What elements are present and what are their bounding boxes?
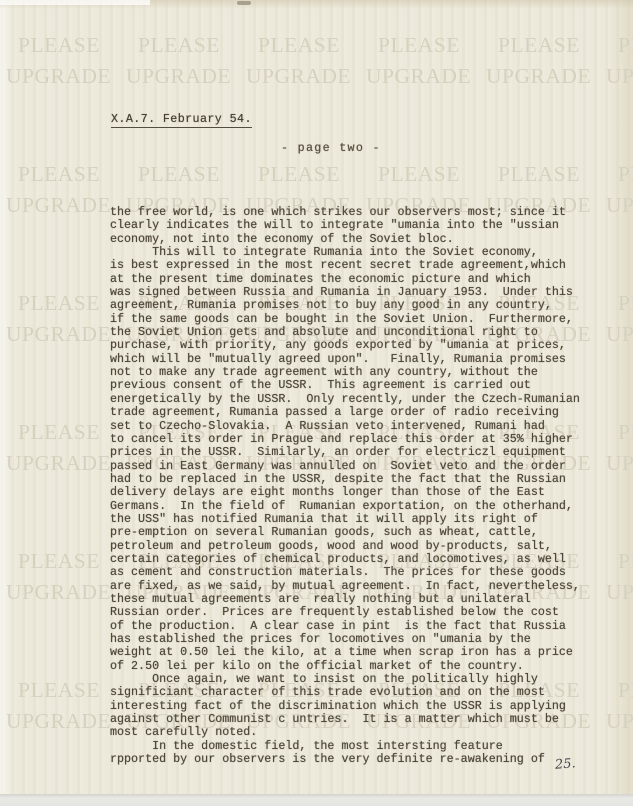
document-reference: X.A.7. February 54. [111,112,252,128]
document-content: X.A.7. February 54. - page two - the fre… [0,0,633,795]
scanned-document-page: PLEASEPLEASEPLEASEPLEASEPLEASEPLEASEUPGR… [0,0,633,806]
page-heading: - page two - [281,141,381,155]
scan-edge-bottom [0,794,633,806]
document-body-text: the free world, is one which strikes our… [110,206,580,766]
page-number-annotation: 25. [555,756,577,772]
